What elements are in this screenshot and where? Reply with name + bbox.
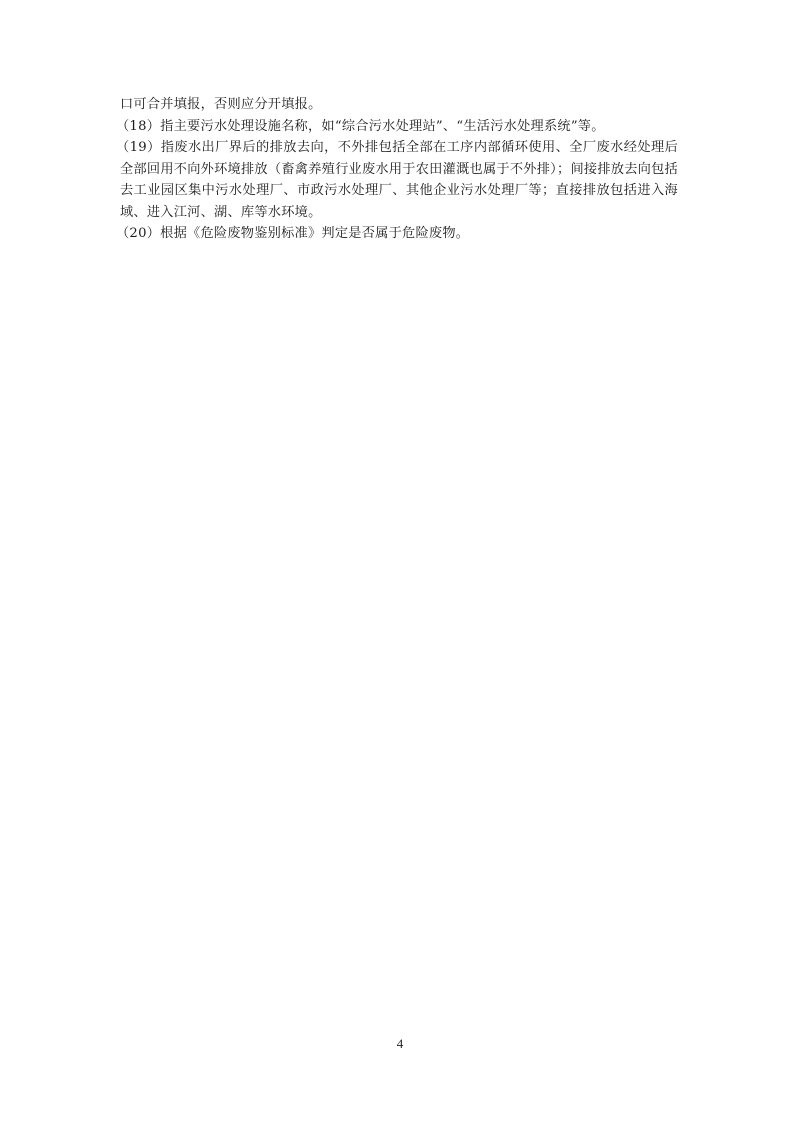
note-number: （18）	[116, 119, 160, 134]
note-18: （18）指主要污水处理设施名称，如“综合污水处理站”、“生活污水处理系统”等。	[120, 116, 678, 138]
note-text: 指废水出厂界后的排放去向，不外排包括全部在工序内部循环使用、全厂废水经处理后全部…	[120, 140, 678, 220]
note-text: 根据《危险废物鉴别标准》判定是否属于危险废物。	[160, 226, 469, 241]
note-19: （19）指废水出厂界后的排放去向，不外排包括全部在工序内部循环使用、全厂废水经处…	[120, 137, 678, 223]
document-page: 口可合并填报，否则应分开填报。 （18）指主要污水处理设施名称，如“综合污水处理…	[0, 0, 800, 1131]
note-text: 指主要污水处理设施名称，如“综合污水处理站”、“生活污水处理系统”等。	[160, 119, 605, 134]
note-continuation-17: 口可合并填报，否则应分开填报。	[120, 94, 678, 116]
note-text: 口可合并填报，否则应分开填报。	[120, 97, 322, 112]
page-number: 4	[0, 1036, 800, 1052]
note-number: （20）	[116, 226, 160, 241]
note-20: （20）根据《危险废物鉴别标准》判定是否属于危险废物。	[120, 223, 678, 245]
note-number: （19）	[116, 140, 161, 155]
notes-body: 口可合并填报，否则应分开填报。 （18）指主要污水处理设施名称，如“综合污水处理…	[120, 94, 678, 245]
